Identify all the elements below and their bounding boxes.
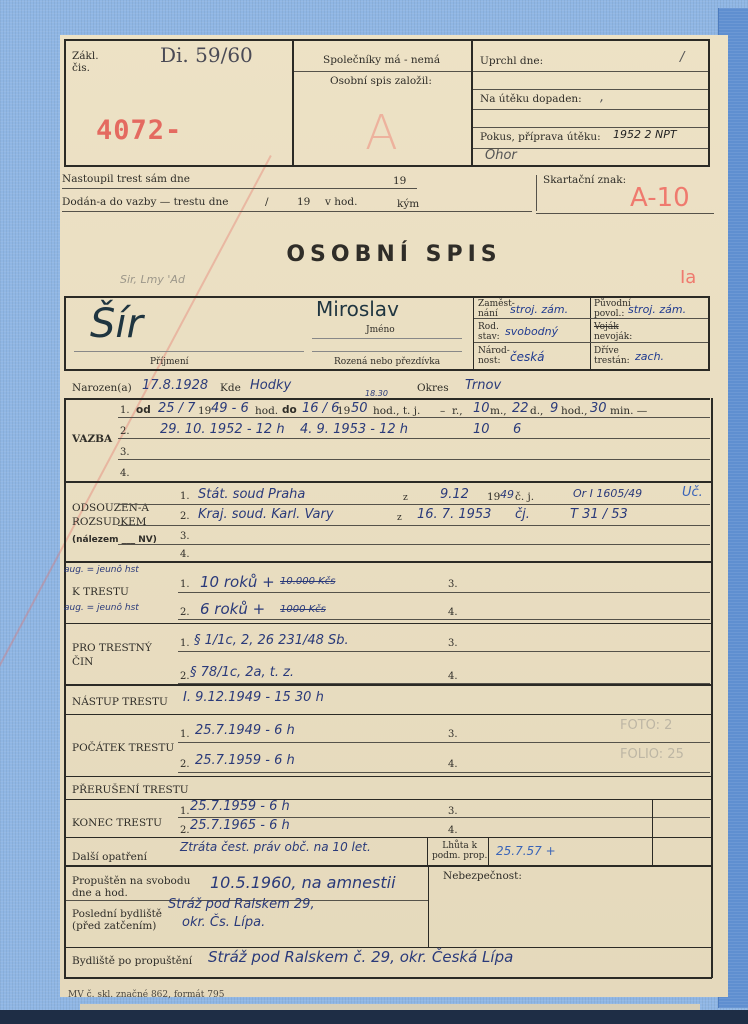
vazba-row-1-to-time: 18.30 [365,389,388,398]
pocatek-trestu-row-1-value: 25.7.1949 - 6 h [195,723,295,738]
vazba-row-1-d-val: 22 [512,401,529,416]
skartacni-label: Skartační znak: [543,174,626,186]
odsouzen-row-2-num: 2. [180,511,190,522]
nastup-trestu-value: I. 9.12.1949 - 15 30 h [183,690,324,705]
personal-file-form: Zákl. čis. Di. 59/60 4072- Společníky má… [60,35,728,997]
odsouzen-row-1-year-pre: 19 [487,491,500,503]
kym-label: kým [397,198,419,210]
osobni-spis-zalozil-label: Osobní spis založil: [330,75,432,87]
preruseni-trestu-label: PŘERUŠENÍ TRESTU [72,783,189,797]
odsouzen-row-2-court: Kraj. soud. Karl. Vary [198,507,334,522]
k-trestu-note-1: aug. = jeunô hst [64,565,139,575]
lhuta-value: 25.7.57 + [496,844,556,858]
v-hod-label: v hod. [325,196,357,208]
form-print-code: MV č. skl. značné 862, formát 795 [68,990,224,1000]
okres-value: Trnov [465,378,501,393]
uprchl-dne-value: / [680,50,684,65]
odsouzen-row-1-num: 1. [180,491,190,502]
vazba-row-1-num: 1. [120,405,130,416]
konec-trestu-row-2-num: 2. [180,825,190,836]
nevojak-label: nevoják: [594,332,632,342]
maiden-name-label: Rozená nebo přezdívka [334,357,440,367]
nastup-trestu-label: NÁSTUP TRESTU [72,695,168,709]
na-uteku-dopaden-value: , [600,90,604,105]
vazba-row-1-from-year: 49 - 6 [211,401,249,416]
skartacni-value: A-10 [630,183,690,213]
vazba-row-3-num: 3. [120,447,130,458]
vazba-label: VAZBA [72,432,112,446]
pro-trestny-cin-label: PRO TRESTNÝ ČIN [72,641,152,669]
foto-stamp: FOTO: 2 [620,718,672,733]
drive-trestan-value: zach. [635,350,664,363]
odsouzen-row-2-date: 16. 7. 1953 [417,507,491,522]
pro-trestny-cin-row-2-value: § 78/1c, 2a, t. z. [190,665,294,680]
vazba-row-1-do: do [282,404,297,416]
bydliste-po-value: Stráž pod Ralskem č. 29, okr. Česká Lípa [208,948,513,966]
pro-trestny-cin-row-1-value: § 1/1c, 2, 26 231/48 Sb. [194,633,349,648]
vazba-row-1-hod: hod. [255,405,278,417]
narozen-label: Narozen(a) [72,382,132,394]
vazba-row-1-r-val: – [440,405,445,417]
k-trestu-note-2: aug. = jeunô hst [64,603,139,613]
kde-label: Kde [220,382,241,394]
page-title: OSOBNÍ SPIS [60,242,728,267]
posledni-bydliste-label: Poslední bydliště (před zatčením) [72,908,162,932]
lhuta-label: Lhůta k podm. prop. [432,841,487,861]
pencil-note: Sir, Lmy 'Ad [120,273,185,286]
k-trestu-row-2-value: 6 roků + [200,600,265,618]
k-trestu-label: K TRESTU [72,585,129,599]
vazba-row-1-from-year-pre: 19 [198,405,211,417]
vazba-row-1-h: hod., [561,405,587,417]
vazba-row-2-d-val: 6 [513,422,521,437]
na-uteku-dopaden-label: Na útěku dopaden: [480,93,582,105]
surname-value: Šír [90,301,143,347]
vazba-row-1-to-year: 50 [351,401,368,416]
red-corner-mark: Ia [680,267,696,288]
vazba-row-1-od: od [136,404,151,416]
vazba-row-1-r: r., [452,405,463,417]
pocatek-trestu-row-2-value: 25.7.1959 - 6 h [195,753,295,768]
rod-stav-value: svobodný [505,325,558,338]
konec-trestu-row-1-num-b: 3. [448,806,458,817]
pocatek-trestu-label: POČÁTEK TRESTU [72,741,174,755]
dodan-slash: / [265,196,269,208]
k-trestu-row-1-num-b: 3. [448,579,458,590]
konec-trestu-row-2-num-b: 4. [448,825,458,836]
narodnost-label: Národ- nost: [478,346,510,366]
vazba-row-1-hod2: hod., t. j. [373,405,420,417]
konec-trestu-row-2-value: 25.7.1965 - 6 h [190,818,290,833]
nastoupil-label: Nastoupil trest sám dne [62,173,190,185]
vazba-row-1-h-val: 9 [550,401,558,416]
dodan-year: 19 [297,196,310,208]
k-trestu-row-2-num-b: 4. [448,607,458,618]
okres-label: Okres [417,382,449,394]
drive-trestan-label: Dříve trestán: [594,346,630,366]
posledni-bydliste-value-2: okr. Čs. Lípa. [182,915,265,930]
propusten-value: 10.5.1960, na amnestii [210,873,396,892]
pokus-value-2: Ohor [485,148,517,163]
odsouzen-row-2-z: z [397,513,402,523]
narodnost-value: česká [510,350,545,364]
odsouzen-row-3-num: 3. [180,531,190,542]
zakl-cis-label: Zákl. čis. [72,50,99,74]
odsouzen-row-1-court: Stát. soud Praha [198,487,305,502]
odsouzen-row-1-z: z [403,493,408,503]
k-trestu-row-1-struck: 10.000 Kčs [280,576,335,587]
pocatek-trestu-row-2-num-b: 4. [448,759,458,770]
folio-stamp: FOLIO: 25 [620,747,684,762]
bydliste-po-label: Bydliště po propuštění [72,955,192,967]
narozen-value: 17.8.1928 [142,378,208,393]
pro-trestny-cin-row-1-num-b: 3. [448,638,458,649]
vazba-row-1-to: 16 / 6 [302,401,339,416]
pro-trestny-cin-row-2-num-b: 4. [448,671,458,682]
vazba-row-1-from: 25 / 7 [158,401,195,416]
konec-trestu-row-1-num: 1. [180,806,190,817]
spolecniky-label: Společníky má - nemá [323,54,440,66]
pokus-label: Pokus, příprava útěku: [480,131,601,143]
puvodni-povol-label: Původní povol.: [594,299,631,319]
pocatek-trestu-row-2-num: 2. [180,759,190,770]
odsouzen-row-2-cj: čj. [515,507,530,522]
posledni-bydliste-value-1: Stráž pod Ralskem 29, [168,897,315,912]
odsouzen-row-1-ref: Or I 1605/49 [573,487,642,500]
pokus-value: 1952 2 NPT [613,128,677,141]
vazba-row-4-num: 4. [120,468,130,479]
vazba-row-1-d: d., [530,405,543,417]
surname-label: Příjmení [150,357,189,367]
konec-trestu-label: KONEC TRESTU [72,816,162,830]
uprchl-dne-label: Uprchl dne: [480,55,543,67]
kde-value: Hodky [250,378,291,393]
rod-stav-label: Rod. stav: [478,322,500,342]
pocatek-trestu-row-1-num-b: 3. [448,729,458,740]
nebezpecnost-label: Nebezpečnost: [443,870,522,882]
k-trestu-row-2-num: 2. [180,607,190,618]
vazba-row-1-to-year-pre: 19 [337,405,350,417]
vazba-row-1-m-val: 10 [473,401,490,416]
vazba-row-1-min: min. — [610,405,647,417]
vojak-label: Voják [594,322,619,332]
nastoupil-year: 19 [393,175,406,187]
vazba-row-2-num: 2. [120,426,130,437]
red-mark-a: A [365,105,398,161]
k-trestu-row-1-num: 1. [180,579,190,590]
k-trestu-row-1-value: 10 roků + [200,573,275,591]
folder-bottom-shadow [0,1010,748,1024]
odsouzen-row-2-ref: T 31 / 53 [570,507,628,522]
given-name-value: Miroslav [316,297,399,321]
zamestnani-value: stroj. zám. [510,303,568,316]
pocatek-trestu-row-1-num: 1. [180,729,190,740]
vazba-row-1-m: m., [490,405,507,417]
pro-trestny-cin-row-2-num: 2. [180,671,190,682]
pro-trestny-cin-row-1-num: 1. [180,638,190,649]
zakl-cis-value: Di. 59/60 [160,43,253,67]
propusten-label: Propuštěn na svobodu dne a hod. [72,875,190,899]
konec-trestu-row-1-value: 25.7.1959 - 6 h [190,799,290,814]
vazba-row-2-from: 29. 10. 1952 - 12 h [160,422,285,437]
dalsi-opatreni-value: Ztráta čest. práv obč. na 10 let. [180,840,371,854]
vazba-row-1-min-val: 30 [590,401,607,416]
k-trestu-row-2-struck: 1000 Kčs [280,604,326,615]
odsouzen-row-1-date: 9.12 [440,487,469,502]
vazba-row-2-to: 4. 9. 1953 - 12 h [300,422,408,437]
vazba-row-2-m-val: 10 [473,422,490,437]
file-number-stamp: 4072- [96,115,182,146]
odsouzen-row-1-year: 49 [500,488,514,501]
odsouzen-row-1-cj: č. j. [515,491,534,503]
dalsi-opatreni-label: Další opatření [72,851,147,863]
puvodni-povol-value: stroj. zám. [628,303,686,316]
dodan-label: Dodán-a do vazby — trestu dne [62,196,228,208]
odsouzen-row-1-extra: Uč. [682,485,703,500]
odsouzen-row-4-num: 4. [180,549,190,560]
given-name-label: Jméno [366,325,395,335]
